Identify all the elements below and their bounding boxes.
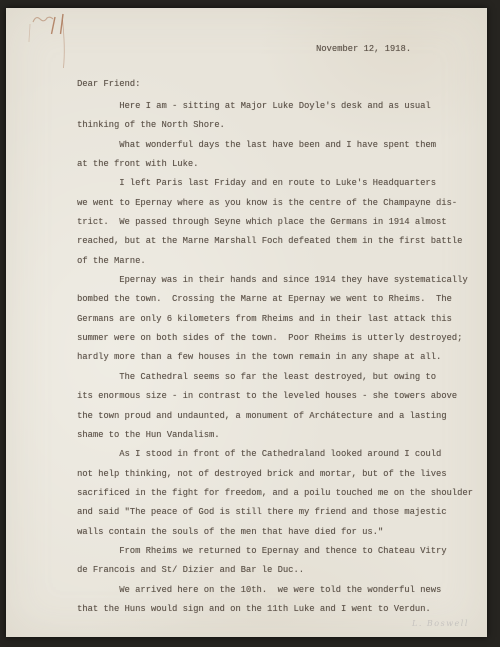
letter-date: November 12, 1918. [316,44,411,54]
handwritten-corner-mark-icon [28,8,90,72]
photo-background: November 12, 1918. Dear Friend: Here I a… [0,0,500,647]
pencil-annotation: L. Boswell [412,619,469,628]
letter-page: November 12, 1918. Dear Friend: Here I a… [6,8,487,637]
letter-body: Here I am - sitting at Major Luke Doyle'… [77,97,473,619]
letter-salutation: Dear Friend: [77,79,140,89]
